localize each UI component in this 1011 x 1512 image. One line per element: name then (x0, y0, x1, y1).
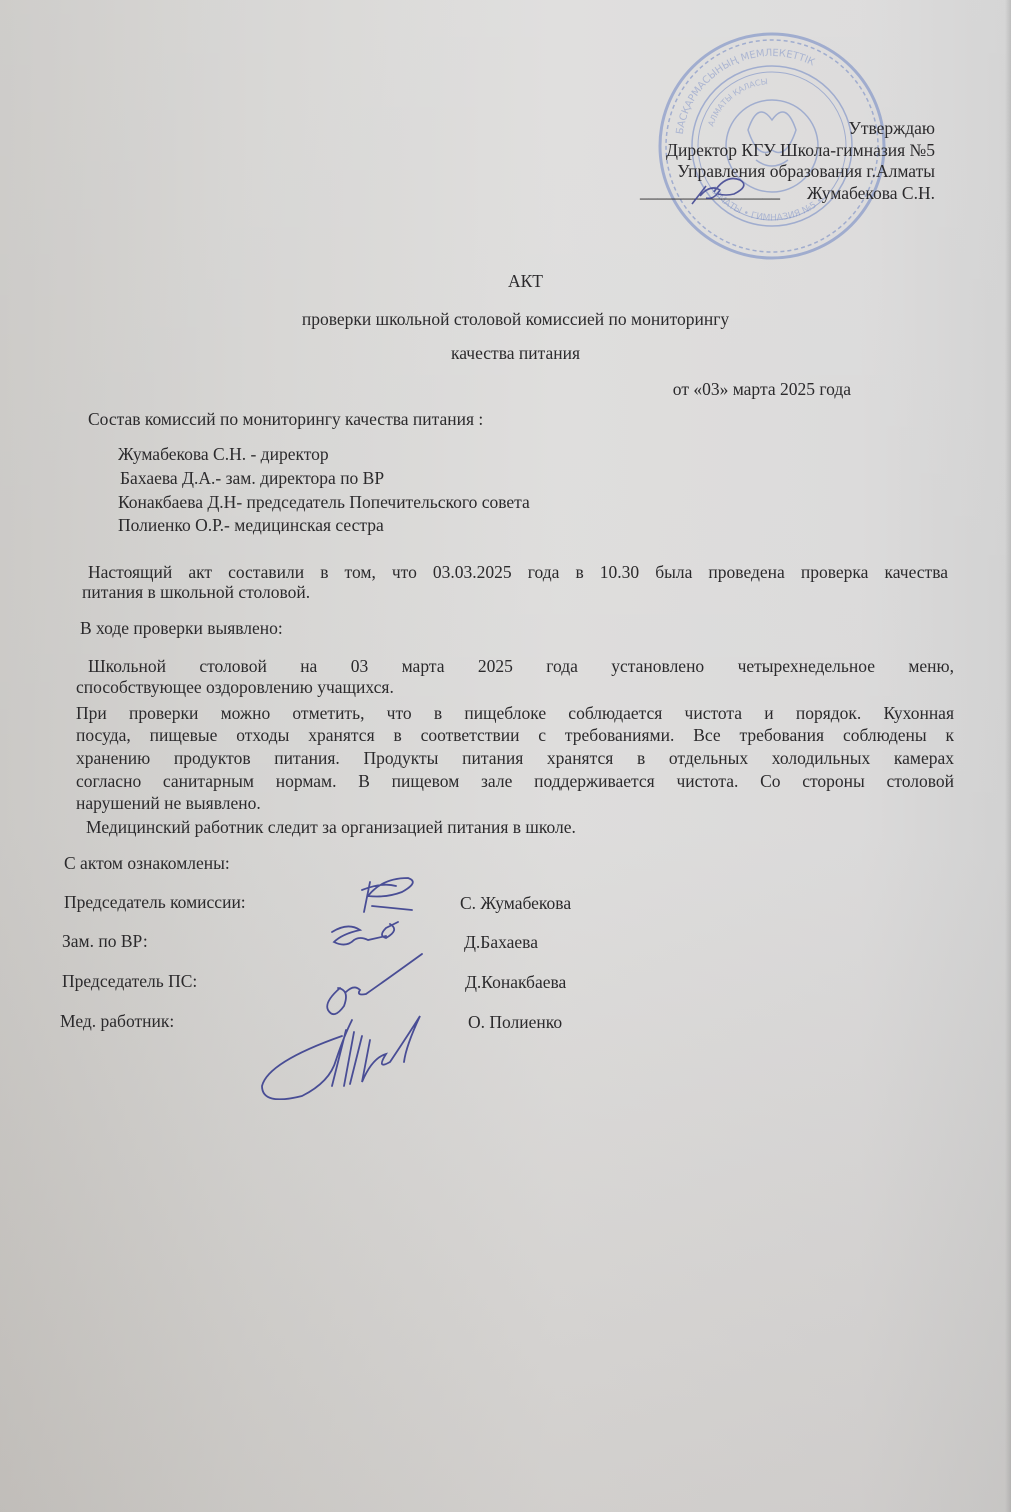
signature-role: Председатель комиссии: (64, 892, 246, 912)
signature-name: Д.Бахаева (464, 932, 538, 952)
document-subtitle-line1: проверки школьной столовой комиссией по … (10, 309, 1011, 329)
signature-name: О. Полиенко (468, 1012, 562, 1032)
commission-member: Бахаева Д.А.- зам. директора по ВР (120, 468, 384, 488)
approval-signature-icon (688, 172, 758, 208)
intro-paragraph-line1: Настоящий акт составили в том, что 03.03… (88, 562, 948, 582)
commission-heading: Состав комиссий по мониторингу качества … (88, 409, 483, 429)
handwritten-signatures-icon (250, 860, 450, 1100)
paper-edge (1005, 0, 1011, 1512)
approval-label: Утверждаю (848, 118, 935, 138)
findings-line: хранению продуктов питания. Продукты пит… (76, 748, 954, 768)
approval-position: Директор КГУ Школа-гимназия №5 (666, 140, 935, 160)
approval-signer: Жумабекова С.Н. (807, 183, 935, 203)
commission-member: Конакбаева Д.Н- председатель Попечительс… (118, 492, 530, 512)
medical-worker-line: Медицинский работник следит за организац… (86, 817, 576, 837)
document-title: АКТ (20, 271, 1011, 291)
findings-line: При проверки можно отметить, что в пищеб… (76, 703, 954, 723)
findings-line: нарушений не выявлено. (76, 793, 261, 813)
signature-name: С. Жумабекова (460, 893, 571, 913)
findings-line: Школьной столовой на 03 марта 2025 года … (88, 656, 954, 676)
signature-role: Зам. по ВР: (62, 931, 148, 951)
intro-paragraph-line2: питания в школьной столовой. (82, 582, 310, 602)
signature-role: Мед. работник: (60, 1011, 174, 1031)
acknowledgement-heading: С актом ознакомлены: (64, 853, 230, 873)
commission-member: Полиенко О.Р.- медицинская сестра (118, 515, 384, 535)
signature-name: Д.Конакбаева (465, 972, 566, 992)
document-date: от «03» марта 2025 года (673, 379, 851, 399)
commission-member: Жумабекова С.Н. - директор (118, 444, 329, 464)
findings-heading: В ходе проверки выявлено: (80, 618, 283, 638)
signature-role: Председатель ПС: (62, 971, 197, 991)
document-subtitle-line2: качества питания (10, 343, 1011, 363)
findings-line: согласно санитарным нормам. В пищевом за… (76, 771, 954, 791)
findings-line: способствующее оздоровлению учащихся. (76, 677, 394, 697)
findings-line: посуда, пищевые отходы хранятся в соотве… (76, 725, 954, 745)
